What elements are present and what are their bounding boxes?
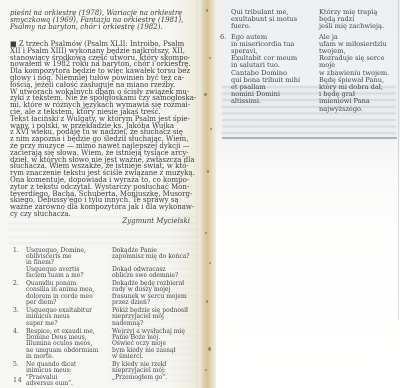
verse-lines: Usquequo, Domine, oblivisceris me in fin… [26,248,86,279]
verse-item: By kiedy nie rzekł nieprzyjaciel mój: „P… [112,362,190,381]
verse-lines: Respice, et exaudi me, Domine Deus meus,… [26,329,98,360]
verse-item: Ale ja ufam w miłosierdziu twojem, Rozra… [319,34,400,113]
verse-lines: Ne quando dicat inimicus meus: "Praevalu… [26,362,76,387]
verse-item: Pókiż będzie się podnosił nieprzyjaciel … [112,308,190,327]
verse-lines: Qui tribulant me, exultabunt si motus fu… [231,9,297,31]
left-page: pieśni na orkiestrę (1978), Wariacje na … [0,0,200,388]
foxing-speck [206,300,208,303]
verse-number: 6. [220,34,231,41]
author-signature: Zygmunt Mycielski [10,217,190,225]
verse-item: Dokądże będę rozbierał rady w duszy moje… [112,281,190,306]
verse-item: 2. Quamdiu ponam consilia in anima mea, … [13,281,98,306]
verse-number: 5. [13,362,26,368]
foxing-speck [209,57,211,59]
verse-item: Qui tribulant me, exultabunt si motus fu… [220,9,300,31]
verse-item: Dokądże Panie zapomnisz mię do końca? Do… [112,248,190,279]
verse-item: 1. Usquequo, Domine, oblivisceris me in … [13,248,98,279]
foxing-speck [205,232,207,234]
main-paragraph: ■ Z trzech Psalmów (Psalm XLII: Introibo… [10,41,199,218]
verse-number: 4. [13,329,26,335]
page-gutter [199,0,216,388]
foxing-speck [205,369,207,371]
verse-item: Którzy mię trapią będą radzi jeśli mię z… [319,9,400,31]
verse-number: 3. [13,308,26,314]
foxing-speck [210,128,212,130]
verse-lines: Dokądże Panie zapomnisz mię do końca? Do… [112,248,190,279]
latin-column: 1. Usquequo, Domine, oblivisceris me in … [13,248,98,388]
verse-lines: Ego autem in misericordia tua speravi, E… [231,34,300,106]
polish-column: Dokądże Panie zapomnisz mię do końca? Do… [112,248,190,383]
verse-lines: By kiedy nie rzekł nieprzyjaciel mój: „P… [112,362,167,381]
verse-item: 6. Ego autem in misericordia tua speravi… [220,34,300,106]
verse-item: Wejrzyj a wysłuchaj mię Panie Boże mój. … [112,329,190,360]
verse-lines: Ale ja ufam w miłosierdziu twojem, Rozra… [319,34,400,113]
latin-column: Qui tribulant me, exultabunt si motus fu… [220,9,300,109]
verse-number: 1. [13,248,26,254]
verse-item: 4. Respice, et exaudi me, Domine Deus me… [13,329,98,360]
right-page: Qui tribulant me, exultabunt si motus fu… [216,0,400,388]
verse-lines: Pókiż będzie się podnosił nieprzyjaciel … [112,308,188,327]
verse-number: 2. [13,281,26,287]
foxing-speck [206,9,208,12]
verse-lines: Wejrzyj a wysłuchaj mię Panie Boże mój. … [112,329,185,360]
bleed-through-rule [222,137,397,139]
book-scan: pieśni na orkiestrę (1978), Wariacje na … [0,0,400,388]
verse-item: 5. Ne quando dicat inimicus meus: "Praev… [13,362,98,387]
page-edge-line [398,0,399,320]
verse-lines: Quamdiu ponam consilia in anima mea, dol… [26,281,94,306]
foxing-speck [207,170,209,173]
foxing-speck [204,93,207,96]
verse-lines: Usquequo exaltabitur inimicus meus super… [26,308,92,327]
foxing-speck [209,262,211,264]
intro-paragraph: pieśni na orkiestrę (1978), Wariacje na … [10,10,199,30]
verse-lines: Dokądże będę rozbierał rady w duszy moje… [112,281,187,306]
polish-column: Którzy mię trapią będą radzi jeśli mię z… [319,9,400,116]
foxing-speck [208,347,211,351]
page-number: 14 [13,376,22,384]
verse-lines: Którzy mię trapią będą radzi jeśli mię z… [319,9,384,31]
verse-item: 3. Usquequo exaltabitur inimicus meus su… [13,308,98,327]
